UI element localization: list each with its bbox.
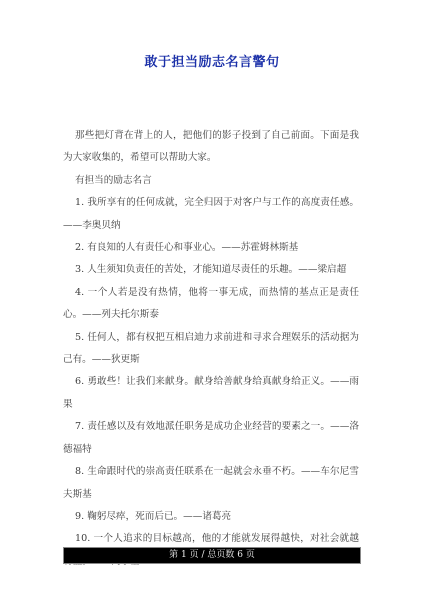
- section-heading: 有担当的励志名言: [63, 170, 359, 192]
- document-body: 那些把灯背在背上的人，把他们的影子投到了自己前面。下面是我为大家收集的，希望可以…: [63, 125, 359, 573]
- quote-item: 2. 有良知的人有责任心和事业心。——苏霍姆林斯基: [63, 237, 359, 259]
- quote-item: 4. 一个人若是没有热情，他将一事无成，而热情的基点正是责任心。——列夫托尔斯泰: [63, 282, 359, 327]
- quote-item: 5. 任何人，都有权把互相启迪力求前进和寻求合理娱乐的活动据为己有。——狄更斯: [63, 327, 359, 372]
- quote-item: 7. 责任感以及有效地派任职务是成功企业经营的要素之一。——洛德福特: [63, 416, 359, 461]
- quote-item: 8. 生命跟时代的崇高责任联系在一起就会永垂不朽。——车尔尼雪夫斯基: [63, 461, 359, 506]
- quote-item: 3. 人生须知负责任的苦处，才能知道尽责任的乐趣。——梁启超: [63, 259, 359, 281]
- quote-item: 1. 我所享有的任何成就，完全归因于对客户与工作的高度责任感。——李奥贝纳: [63, 192, 359, 237]
- page-indicator: 第 1 页 / 总页数 6 页: [169, 550, 255, 560]
- quote-item: 6. 勇敢些！让我们来献身。献身给善献身给真献身给正义。——雨果: [63, 371, 359, 416]
- intro-paragraph: 那些把灯背在背上的人，把他们的影子投到了自己前面。下面是我为大家收集的，希望可以…: [63, 125, 359, 170]
- page-footer-bar: 第 1 页 / 总页数 6 页: [63, 547, 361, 564]
- document-page: 敢于担当励志名言警句 那些把灯背在背上的人，把他们的影子投到了自己前面。下面是我…: [0, 0, 424, 600]
- document-title: 敢于担当励志名言警句: [0, 51, 424, 70]
- quote-item: 9. 鞠躬尽瘁，死而后已。——诸葛亮: [63, 506, 359, 528]
